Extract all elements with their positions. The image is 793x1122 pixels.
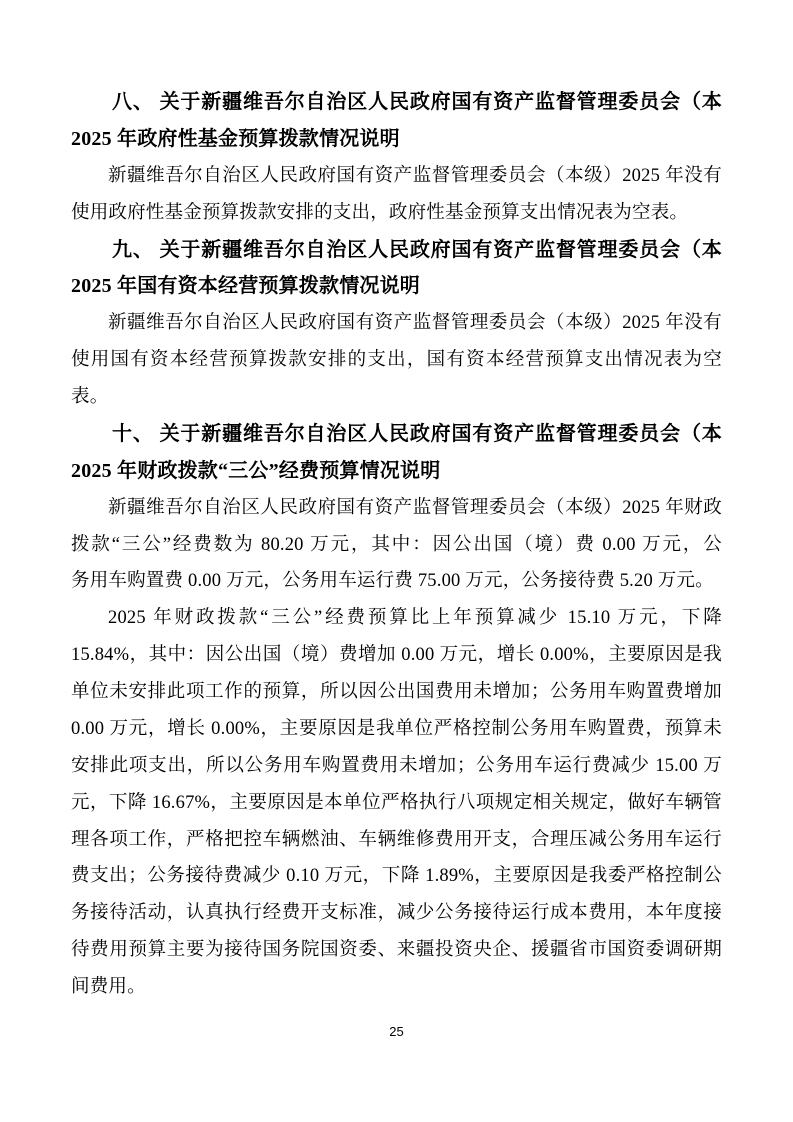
section-10-paragraph-1-line: 拨款“三公”经费数为 80.20 万元，其中：因公出国（境）费 0.00 万元，… [71,527,722,564]
section-10-paragraph-2-line: 2025 年财政拨款“三公”经费预算比上年预算减少 15.10 万元，下降 [71,600,722,637]
document-content: 八、 关于新疆维吾尔自治区人民政府国有资产监督管理委员会（本级） 2025 年政… [71,84,722,1006]
section-9-heading-line-2: 2025 年国有资本经营预算拨款情况说明 [71,268,722,305]
section-10-paragraph-2-line: 元，下降 16.67%，主要原因是本单位严格执行八项规定相关规定，做好车辆管 [71,785,722,822]
section-9-paragraph-line: 表。 [71,379,722,416]
section-9-paragraph-line: 使用国有资本经营预算拨款安排的支出，国有资本经营预算支出情况表为空 [71,342,722,379]
section-8-heading-line-1: 八、 关于新疆维吾尔自治区人民政府国有资产监督管理委员会（本级） [71,84,722,121]
section-10-heading-line-2: 2025 年财政拨款“三公”经费预算情况说明 [71,453,722,490]
section-10-paragraph-2-line: 理各项工作，严格把控车辆燃油、车辆维修费用开支，合理压减公务用车运行 [71,822,722,859]
document-page: 八、 关于新疆维吾尔自治区人民政府国有资产监督管理委员会（本级） 2025 年政… [0,0,793,1122]
section-10-paragraph-2-line: 务接待活动，认真执行经费开支标准，减少公务接待运行成本费用，本年度接 [71,895,722,932]
section-10-paragraph-1-line: 务用车购置费 0.00 万元，公务用车运行费 75.00 万元，公务接待费 5.… [71,563,722,600]
section-10-paragraph-2-line: 间费用。 [71,969,722,1006]
section-9-heading-line-1: 九、 关于新疆维吾尔自治区人民政府国有资产监督管理委员会（本级） [71,232,722,269]
page-number: 25 [0,1024,793,1039]
section-8-paragraph-line: 使用政府性基金预算拨款安排的支出，政府性基金预算支出情况表为空表。 [71,195,722,232]
section-10-heading-line-1: 十、 关于新疆维吾尔自治区人民政府国有资产监督管理委员会（本级） [71,416,722,453]
section-10-paragraph-2-line: 待费用预算主要为接待国务院国资委、来疆投资央企、援疆省市国资委调研期 [71,932,722,969]
section-10-paragraph-2-line: 单位未安排此项工作的预算，所以因公出国费用未增加；公务用车购置费增加 [71,674,722,711]
section-8-heading-line-2: 2025 年政府性基金预算拨款情况说明 [71,121,722,158]
section-8-paragraph-line: 新疆维吾尔自治区人民政府国有资产监督管理委员会（本级）2025 年没有 [71,158,722,195]
section-10-paragraph-2-line: 15.84%，其中：因公出国（境）费增加 0.00 万元，增长 0.00%，主要… [71,637,722,674]
section-9-paragraph-line: 新疆维吾尔自治区人民政府国有资产监督管理委员会（本级）2025 年没有 [71,305,722,342]
section-10-paragraph-2-line: 安排此项支出，所以公务用车购置费用未增加；公务用车运行费减少 15.00 万 [71,748,722,785]
section-10-paragraph-1-line: 新疆维吾尔自治区人民政府国有资产监督管理委员会（本级）2025 年财政 [71,490,722,527]
section-10-paragraph-2-line: 费支出；公务接待费减少 0.10 万元，下降 1.89%，主要原因是我委严格控制… [71,858,722,895]
section-10-paragraph-2-line: 0.00 万元，增长 0.00%，主要原因是我单位严格控制公务用车购置费，预算未 [71,711,722,748]
